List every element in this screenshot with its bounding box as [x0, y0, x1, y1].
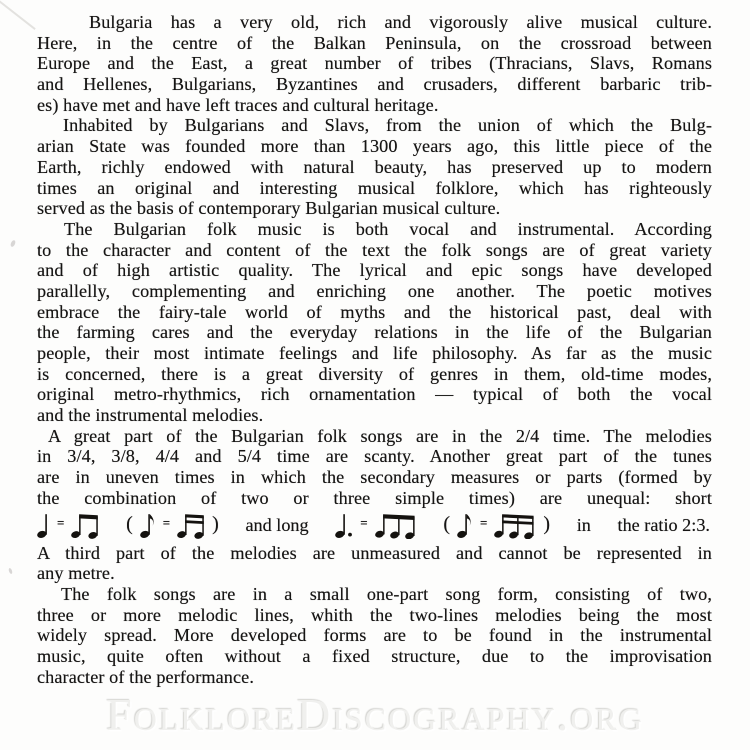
text-line: and the instrumental melodies. [37, 405, 712, 426]
text-line: es) have met and have left traces and cu… [37, 95, 712, 116]
text-line: people, their most intimate feelings and… [37, 343, 712, 364]
text-line: A great part of the Bulgarian folk songs… [37, 426, 712, 447]
text-line: served as the basis of contemporary Bulg… [37, 198, 712, 219]
text-line: Inhabited by Bulgarians and Slavs, from … [37, 115, 712, 136]
paragraph: The folk songs are in a small one-part s… [37, 584, 712, 687]
paragraph: The Bulgarian folk music is both vocal a… [37, 219, 712, 426]
text-line: times an original and interesting musica… [37, 178, 712, 199]
scan-scratch [0, 0, 36, 30]
text-line: A third part of the melodies are unmeasu… [37, 543, 712, 564]
notation-text: = [480, 515, 487, 531]
text-line: widely spread. More developed forms are … [37, 625, 712, 646]
notation-group: and long [245, 515, 308, 536]
notation-group: (=) [443, 511, 550, 539]
notation-text: in [577, 515, 591, 536]
notation-group: in [577, 515, 591, 536]
text-line: the combination of two or three simple t… [37, 488, 712, 509]
text-line: to the character and content of the text… [37, 240, 712, 261]
beamed-two-sixteenths-icon [177, 511, 205, 539]
text-line: original metro-rhythmics, rich ornamenta… [37, 384, 712, 405]
text-line: and Hellenes, Bulgarians, Byzantines and… [37, 74, 712, 95]
eighth-note-icon [140, 511, 156, 539]
notation-text: = [360, 515, 367, 531]
text-line: Europe and the East, a great number of t… [37, 53, 712, 74]
notation-group: the ratio 2:3. [618, 515, 710, 536]
text-line: and of high artistic quality. The lyrica… [37, 260, 712, 281]
text-line: are in uneven times in which the seconda… [37, 467, 712, 488]
eighth-note-icon [457, 511, 473, 539]
text-line: music, quite often without a fixed struc… [37, 646, 712, 667]
beamed-three-sixteenths-icon [494, 511, 536, 539]
scanned-document-page: Bulgaria has a very old, rich and vigoro… [0, 0, 750, 750]
text-line: the farming cares and the everyday relat… [37, 322, 712, 343]
notation-text: ) [212, 513, 219, 536]
text-line: Earth, richly endowed with natural beaut… [37, 157, 712, 178]
text-line: three or more melodic lines, whith the t… [37, 605, 712, 626]
scan-speck [10, 239, 17, 247]
text-line: any metre. [37, 563, 712, 584]
quarter-note-icon [37, 511, 50, 539]
paragraph: Bulgaria has a very old, rich and vigoro… [37, 12, 712, 115]
text-line: parallelly, complementing and enriching … [37, 281, 712, 302]
text-block: Bulgaria has a very old, rich and vigoro… [37, 12, 712, 687]
notation-group: (=) [126, 511, 219, 539]
notation-text: = [163, 515, 170, 531]
notation-group: = [335, 511, 416, 539]
beamed-two-eighths-icon [71, 511, 99, 539]
scan-speck [8, 568, 13, 575]
beamed-three-eighths-icon [375, 511, 417, 539]
notation-text: ( [126, 513, 133, 536]
text-line: Here, in the centre of the Balkan Penins… [37, 33, 712, 54]
text-line: arian State was founded more than 1300 y… [37, 136, 712, 157]
text-line: The folk songs are in a small one-part s… [37, 584, 712, 605]
notation-text: and long [245, 515, 308, 536]
music-notation-line: =(=)and long=(=)inthe ratio 2:3. [37, 509, 712, 543]
notation-text: ( [443, 513, 450, 536]
paragraph: Inhabited by Bulgarians and Slavs, from … [37, 115, 712, 218]
text-line: is concerned, there is a great diversity… [37, 364, 712, 385]
notation-text: the ratio 2:3. [618, 515, 710, 536]
text-line: in 3/4, 3/8, 4/4 and 5/4 time are scanty… [37, 446, 712, 467]
dotted-quarter-note-icon [335, 511, 353, 539]
text-line: embrace the fairy-tale world of myths an… [37, 302, 712, 323]
text-line: The Bulgarian folk music is both vocal a… [37, 219, 712, 240]
notation-text: = [57, 515, 64, 531]
text-line: Bulgaria has a very old, rich and vigoro… [37, 12, 712, 33]
notation-group: = [37, 511, 99, 539]
watermark: FolkloreDiscography.org [0, 688, 750, 741]
text-line: character of the performance. [37, 667, 712, 688]
notation-text: ) [543, 513, 550, 536]
paragraph: A great part of the Bulgarian folk songs… [37, 426, 712, 584]
